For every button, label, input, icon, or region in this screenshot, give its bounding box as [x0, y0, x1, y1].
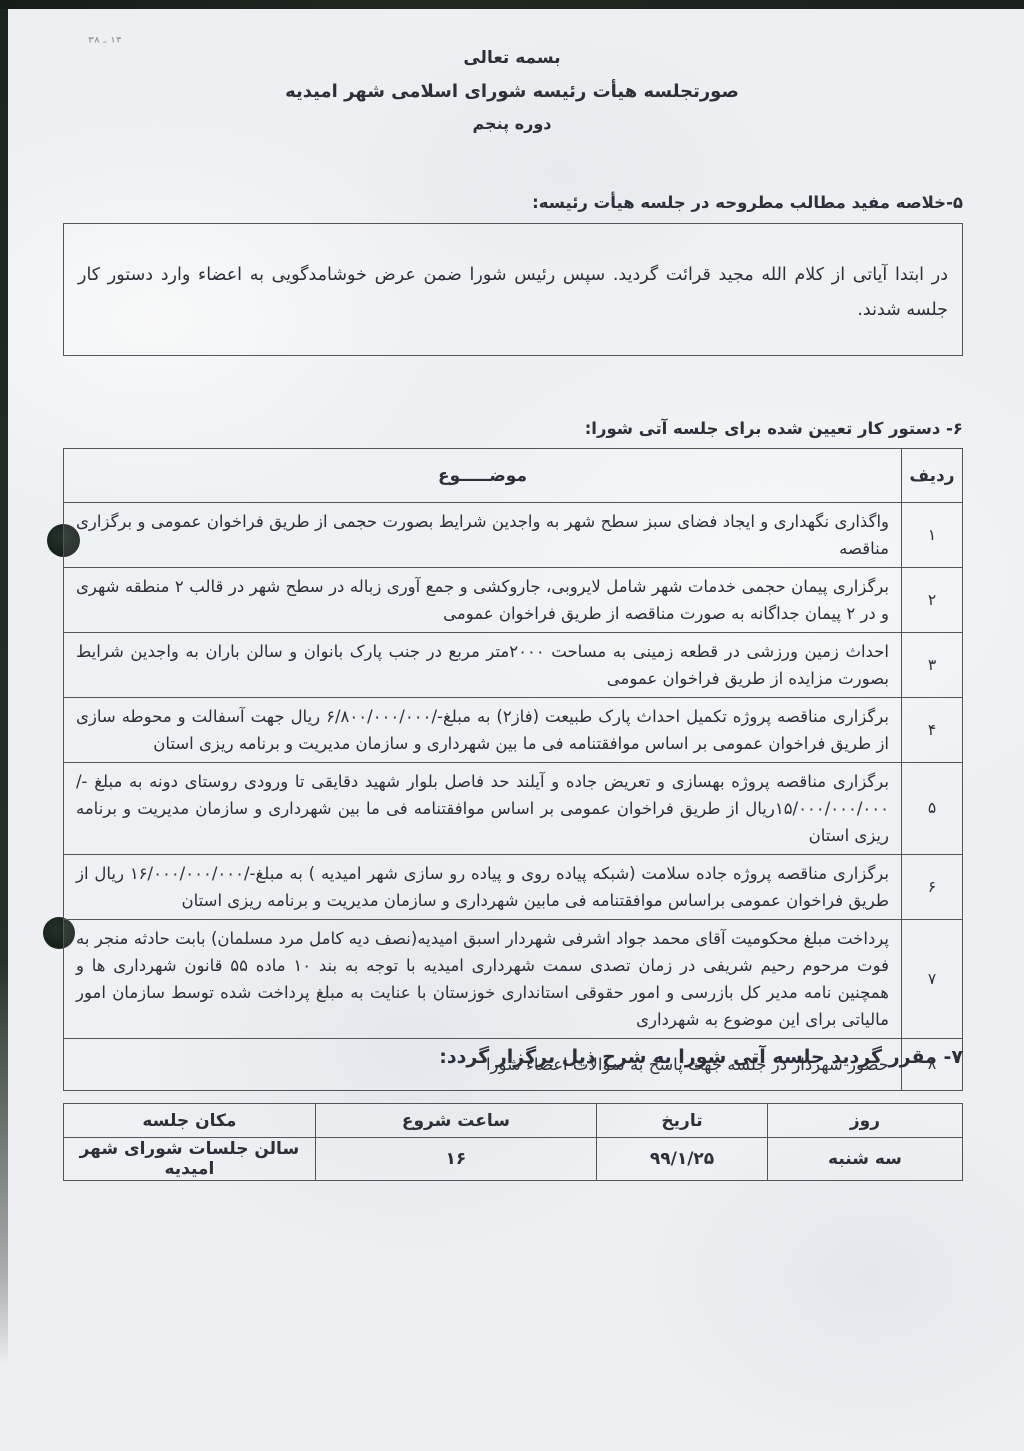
schedule-value-row: سه شنبه ۹۹/۱/۲۵ ۱۶ سالن جلسات شورای شهر …: [64, 1138, 963, 1181]
schedule-header-row: روز تاریخ ساعت شروع مکان جلسه: [64, 1104, 963, 1138]
document-header: بسمه تعالی صورتجلسه هیأت رئیسه شورای اسل…: [0, 48, 1024, 133]
agenda-row-number: ۶: [902, 855, 963, 920]
scan-edge-left: [0, 9, 8, 1367]
agenda-row: ۴ برگزاری مناقصه پروژه تکمیل احداث پارک …: [64, 698, 963, 763]
agenda-row-subject: احداث زمین ورزشی در قطعه زمینی به مساحت …: [64, 633, 902, 698]
agenda-row-number: ۲: [902, 568, 963, 633]
agenda-table-head: ردیف موضـــــوع: [64, 449, 963, 503]
agenda-table-body: ۱ واگذاری نگهداری و ایجاد فضای سبز سطح ش…: [64, 503, 963, 1091]
agenda-row-number: ۷: [902, 920, 963, 1039]
schedule-table-body: سه شنبه ۹۹/۱/۲۵ ۱۶ سالن جلسات شورای شهر …: [64, 1138, 963, 1181]
section6-heading: ۶- دستور کار تعیین شده برای جلسه آتی شور…: [585, 419, 963, 438]
agenda-col-row-number: ردیف: [902, 449, 963, 503]
schedule-table: روز تاریخ ساعت شروع مکان جلسه سه شنبه ۹۹…: [63, 1103, 963, 1181]
scanned-document-page: ۱۴ ـ ۳۸ بسمه تعالی صورتجلسه هیأت رئیسه ش…: [0, 0, 1024, 1451]
schedule-start-time-value: ۱۶: [315, 1138, 596, 1181]
schedule-col-day: روز: [767, 1104, 962, 1138]
agenda-row-number: ۱: [902, 503, 963, 568]
agenda-row-number: ۵: [902, 763, 963, 855]
scan-edge-top: [0, 0, 1024, 9]
agenda-row: ۱ واگذاری نگهداری و ایجاد فضای سبز سطح ش…: [64, 503, 963, 568]
term-label: دوره پنجم: [0, 114, 1024, 133]
agenda-row-number: ۳: [902, 633, 963, 698]
schedule-col-date: تاریخ: [597, 1104, 768, 1138]
pencil-note: ۱۴ ـ ۳۸: [88, 34, 122, 44]
agenda-row-subject: برگزاری مناقصه پروژه تکمیل احداث پارک طب…: [64, 698, 902, 763]
schedule-table-head: روز تاریخ ساعت شروع مکان جلسه: [64, 1104, 963, 1138]
schedule-date-value: ۹۹/۱/۲۵: [597, 1138, 768, 1181]
agenda-row-subject: پرداخت مبلغ محکومیت آقای محمد جواد اشرفی…: [64, 920, 902, 1039]
agenda-row-subject: برگزاری مناقصه پروژه جاده سلامت (شبکه پی…: [64, 855, 902, 920]
agenda-row: ۲ برگزاری پیمان حجمی خدمات شهر شامل لایر…: [64, 568, 963, 633]
document-title: صورتجلسه هیأت رئیسه شورای اسلامی شهر امی…: [0, 81, 1024, 102]
bismillah-text: بسمه تعالی: [0, 48, 1024, 68]
agenda-table: ردیف موضـــــوع ۱ واگذاری نگهداری و ایجا…: [63, 448, 963, 1091]
schedule-location-value: سالن جلسات شورای شهر امیدیه: [64, 1138, 316, 1181]
agenda-col-subject: موضـــــوع: [64, 449, 902, 503]
schedule-col-location: مکان جلسه: [64, 1104, 316, 1138]
agenda-row: ۷ پرداخت مبلغ محکومیت آقای محمد جواد اشر…: [64, 920, 963, 1039]
schedule-col-start-time: ساعت شروع: [315, 1104, 596, 1138]
section5-heading: ۵-خلاصه مفید مطالب مطروحه در جلسه هیأت ر…: [532, 193, 963, 212]
section7-heading: ۷- مقرر گردید جلسه آتی شورا به شرح ذیل ب…: [439, 1046, 963, 1068]
agenda-header-row: ردیف موضـــــوع: [64, 449, 963, 503]
agenda-row-number: ۴: [902, 698, 963, 763]
summary-text: در ابتدا آیاتی از کلام الله مجید قرائت گ…: [64, 224, 962, 328]
summary-box: در ابتدا آیاتی از کلام الله مجید قرائت گ…: [63, 223, 963, 356]
agenda-row: ۳ احداث زمین ورزشی در قطعه زمینی به مساح…: [64, 633, 963, 698]
agenda-row: ۵ برگزاری مناقصه پروژه بهسازی و تعریض جا…: [64, 763, 963, 855]
agenda-row: ۶ برگزاری مناقصه پروژه جاده سلامت (شبکه …: [64, 855, 963, 920]
agenda-row-subject: برگزاری پیمان حجمی خدمات شهر شامل لایروب…: [64, 568, 902, 633]
schedule-day-value: سه شنبه: [767, 1138, 962, 1181]
agenda-row-subject: برگزاری مناقصه پروژه بهسازی و تعریض جاده…: [64, 763, 902, 855]
agenda-row-subject: واگذاری نگهداری و ایجاد فضای سبز سطح شهر…: [64, 503, 902, 568]
